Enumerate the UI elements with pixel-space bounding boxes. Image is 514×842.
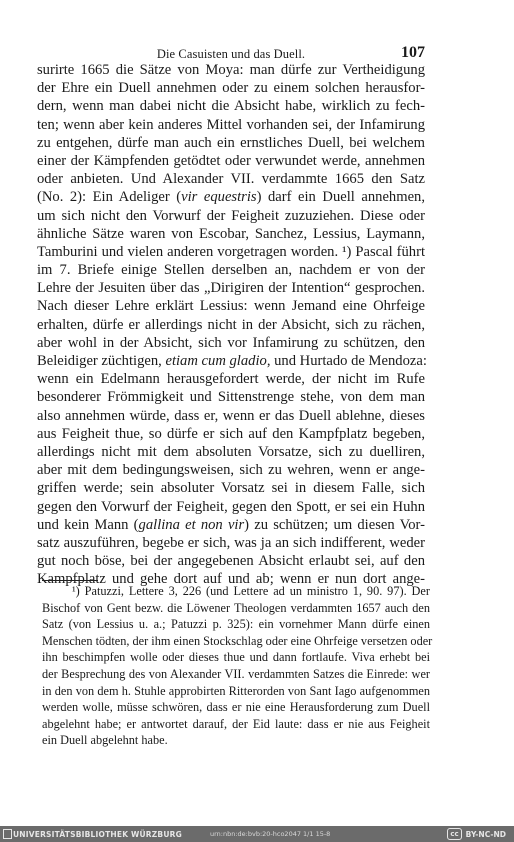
text-line: um sich nicht den Vorwurf der Feigheit z… (37, 207, 425, 225)
text-line: zu entgehen, dürfe man auch ein ernstlic… (37, 134, 425, 152)
footnote-line: in den von dem h. Stuhle approbirten Rit… (42, 683, 430, 700)
text-line: ähnliche Sätze waren von Escobar, Sanche… (37, 225, 425, 243)
text-line: surirte 1665 die Sätze von Moya: man dür… (37, 61, 425, 79)
library-name: UNIVERSITÄTSBIBLIOTHEK WÜRZBURG (13, 830, 182, 839)
footer-bar: UNIVERSITÄTSBIBLIOTHEK WÜRZBURG urn:nbn:… (0, 826, 514, 842)
footnote-line: Menschen tödten, der ihm einen Stockschl… (42, 633, 430, 650)
text-line: dern, wenn man dabei nicht die Absicht h… (37, 97, 425, 115)
running-title: Die Casuisten und das Duell. (37, 47, 425, 62)
footnote-line: Bischof von Gent bezw. die Löwener Theol… (42, 600, 430, 617)
text-line: (No. 2): Ein Adeliger (vir equestris) da… (37, 188, 425, 206)
text-line: Tamburini und vielen anderen vorgetragen… (37, 243, 425, 261)
text-line: Nach dieser Lehre erklärt Lessius: wenn … (37, 297, 425, 315)
text-line: griffen werde; sein absoluter Vorsatz se… (37, 479, 425, 497)
text-line: erhalten, dürfe er allerdings nicht in d… (37, 316, 425, 334)
text-line: und kein Mann (gallina et non vir) zu sc… (37, 516, 425, 534)
text-line: satz auszuführen, begebe er sich, was ja… (37, 534, 425, 552)
text-line: oder anbieten. Und Alexander VII. verdam… (37, 170, 425, 188)
cc-icon: cc (447, 828, 461, 840)
license-badge[interactable]: cc BY-NC-ND (447, 828, 506, 840)
body-text: surirte 1665 die Sätze von Moya: man dür… (37, 61, 425, 588)
text-line: im 7. Briefe einige Stellen derselben an… (37, 261, 425, 279)
text-line: Beleidiger züchtigen, etiam cum gladio, … (37, 352, 425, 370)
page-number: 107 (401, 44, 425, 62)
text-line: gut noch böse, bei der angegebenen Absic… (37, 552, 425, 570)
text-line: ten; wenn aber kein anderes Mittel vorha… (37, 116, 425, 134)
license-label: BY-NC-ND (466, 830, 506, 839)
text-line: besonderer Frömmigkeit und Sittenstrenge… (37, 388, 425, 406)
footnote-line: ¹) Patuzzi, Lettere 3, 226 (und Lettere … (42, 583, 430, 600)
text-line: also annehmen würde, dass er, wenn er da… (37, 407, 425, 425)
text-line: aber wohl in der Absicht, sich vor Infam… (37, 334, 425, 352)
text-line: gegen den Vorwurf der Feigheit, gegen de… (37, 498, 425, 516)
text-line: einer der Kämpfenden getödtet oder verwu… (37, 152, 425, 170)
library-logo-icon (3, 829, 12, 839)
footnote-line: ein Duell abgelehnt habe. (42, 732, 430, 749)
urn-identifier: urn:nbn:de:bvb:20-hco2047 1/1 15-8 (210, 830, 330, 838)
footnotes: ¹) Patuzzi, Lettere 3, 226 (und Lettere … (42, 583, 430, 749)
text-line: aus Feigheit thue, so dürfe er sich auf … (37, 425, 425, 443)
library-logo[interactable]: UNIVERSITÄTSBIBLIOTHEK WÜRZBURG (3, 829, 182, 839)
footnote-rule (42, 580, 98, 581)
footnote-line: ihn beschimpfen wolle oder dieses thue u… (42, 649, 430, 666)
footnote-line: der Besprechung des von Alexander VII. v… (42, 666, 430, 683)
text-line: der Ehre ein Duell annehmen oder zu eine… (37, 79, 425, 97)
text-line: Lehre der Jesuiten über das „Dirigiren d… (37, 279, 425, 297)
footnote-line: werden wolle, müsse schwören, dass er ni… (42, 699, 430, 716)
footnote-line: abgelehnt habe; er antwortet darauf, der… (42, 716, 430, 733)
text-line: aber mit dem bedingungsweisen, sich zu w… (37, 461, 425, 479)
text-line: allerdings nicht mit dem absoluten Vorsa… (37, 443, 425, 461)
footnote-line: Satz (von Lessius u. a.; Patuzzi p. 325)… (42, 616, 430, 633)
text-line: wenn ein Edelmann herausgefordert werde,… (37, 370, 425, 388)
